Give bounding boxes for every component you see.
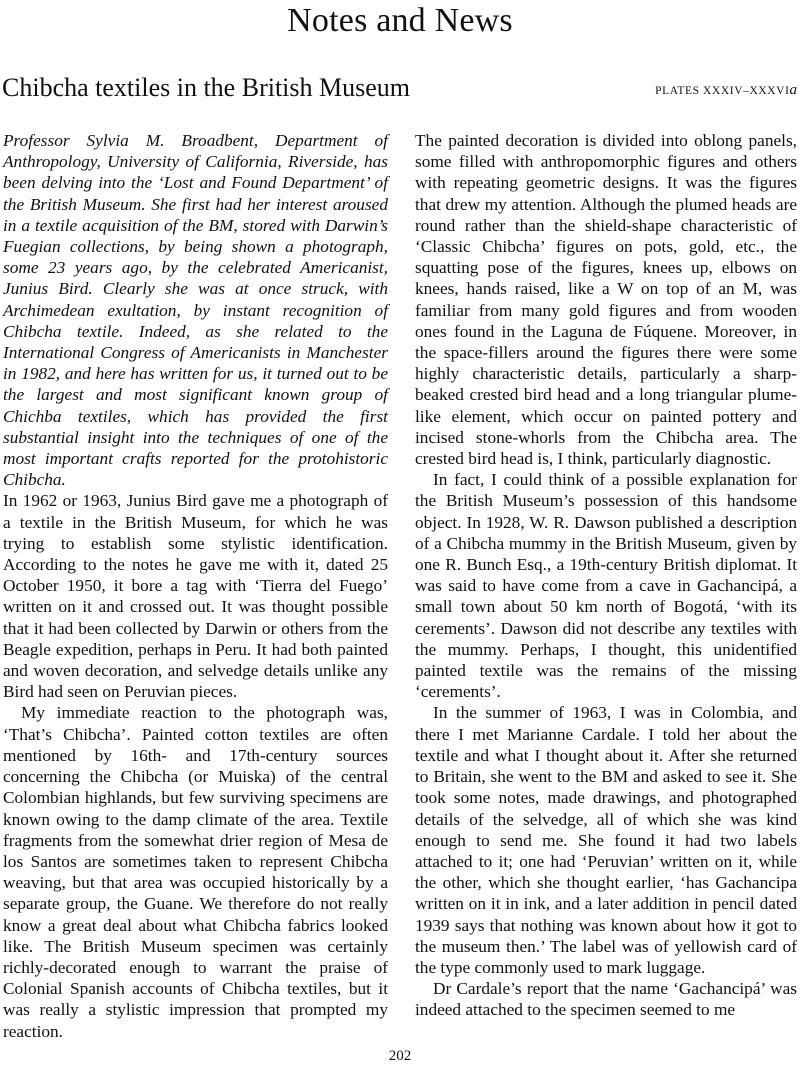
body-paragraph: In the summer of 1963, I was in Colombia… (415, 702, 797, 978)
body-paragraph: Dr Cardale’s report that the name ‘Gacha… (415, 978, 797, 1020)
body-paragraph: In 1962 or 1963, Junius Bird gave me a p… (3, 490, 388, 702)
section-heading: Notes and News (0, 0, 800, 64)
plates-suffix: a (790, 82, 798, 98)
editorial-intro: Professor Sylvia M. Broadbent, Departmen… (3, 130, 388, 490)
body-paragraph: My immediate reaction to the photograph … (3, 702, 388, 1041)
right-column: The painted decoration is divided into o… (415, 130, 797, 1021)
plates-reference: PLATES XXXIV–XXXVIa (655, 82, 797, 99)
body-paragraph: The painted decoration is divided into o… (415, 130, 797, 469)
article-title: Chibcha textiles in the British Museum (2, 73, 410, 103)
page-number: 202 (0, 1047, 800, 1065)
body-paragraph: In fact, I could think of a possible exp… (415, 469, 797, 702)
left-column: Professor Sylvia M. Broadbent, Departmen… (3, 130, 388, 1042)
plates-label: PLATES XXXIV–XXXVI (655, 85, 789, 97)
